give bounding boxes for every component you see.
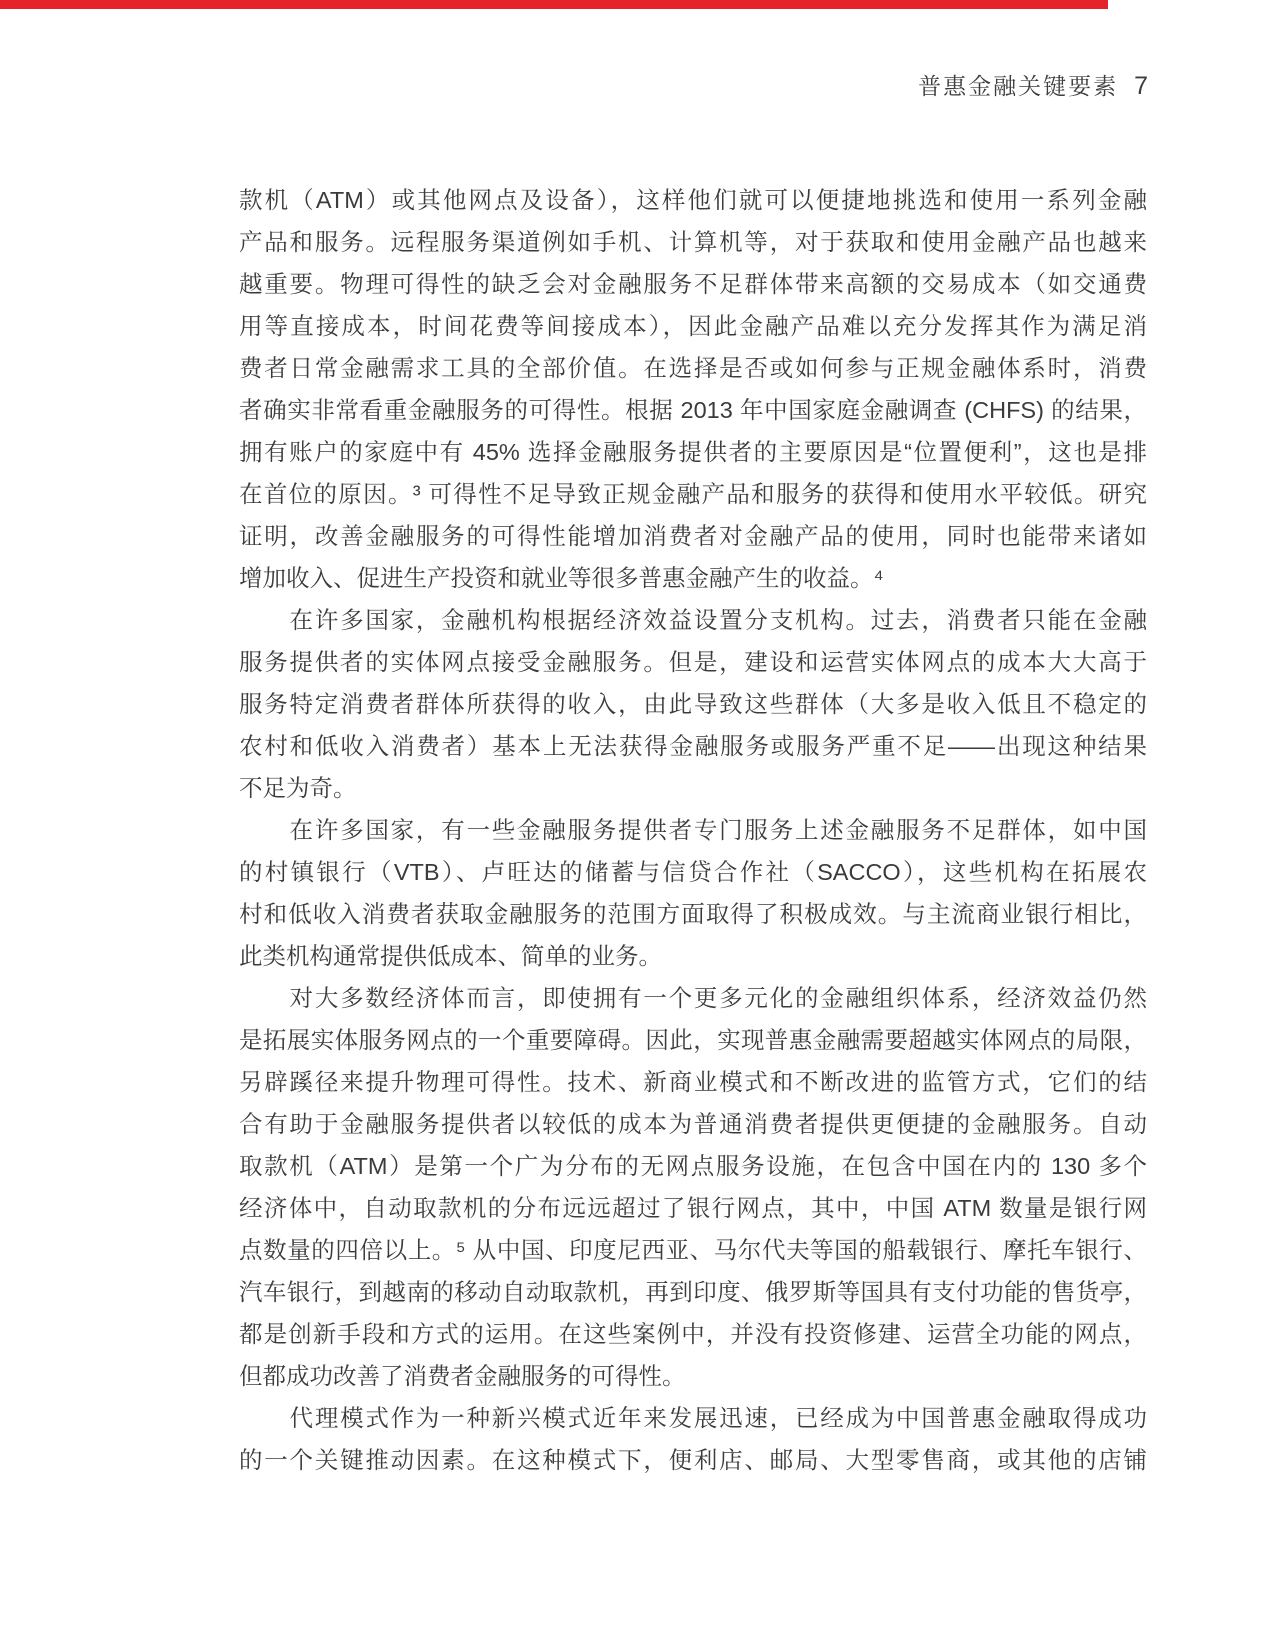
page-header: 普惠金融关键要素7 — [0, 68, 1148, 101]
top-accent-bar — [0, 0, 1108, 9]
text-line: 证明，改善金融服务的可得性能增加消费者对金融产品的使用，同时也能带来诸如 — [239, 515, 1147, 557]
text-line: 产品和服务。远程服务渠道例如手机、计算机等，对于获取和使用金融产品也越来 — [239, 221, 1147, 263]
text-line: 点数量的四倍以上。⁵ 从中国、印度尼西亚、马尔代夫等国的船载银行、摩托车银行、 — [239, 1229, 1147, 1271]
text-line: 在许多国家，有一些金融服务提供者专门服务上述金融服务不足群体，如中国 — [239, 809, 1147, 851]
page-body: 款机（ATM）或其他网点及设备），这样他们就可以便捷地挑选和使用一系列金融 产品… — [239, 179, 1147, 1481]
text-line: 服务特定消费者群体所获得的收入，由此导致这些群体（大多是收入低且不稳定的 — [239, 683, 1147, 725]
text-line: 用等直接成本，时间花费等间接成本），因此金融产品难以充分发挥其作为满足消 — [239, 305, 1147, 347]
text-line: 都是创新手段和方式的运用。在这些案例中，并没有投资修建、运营全功能的网点， — [239, 1313, 1147, 1355]
text-line: 者确实非常看重金融服务的可得性。根据 2013 年中国家庭金融调查 (CHFS)… — [239, 389, 1147, 431]
document-page: { "header": { "running_head": "普惠金融关键要素"… — [0, 0, 1276, 1650]
text-line: 在首位的原因。³ 可得性不足导致正规金融产品和服务的获得和使用水平较低。研究 — [239, 473, 1147, 515]
text-line: 的一个关键推动因素。在这种模式下，便利店、邮局、大型零售商，或其他的店铺 — [239, 1439, 1147, 1481]
text-line: 增加收入、促进生产投资和就业等很多普惠金融产生的收益。⁴ — [239, 557, 1147, 599]
running-head: 普惠金融关键要素 — [918, 73, 1118, 99]
text-line: 在许多国家，金融机构根据经济效益设置分支机构。过去，消费者只能在金融 — [239, 599, 1147, 641]
text-line: 但都成功改善了消费者金融服务的可得性。 — [239, 1355, 1147, 1397]
text-line: 此类机构通常提供低成本、简单的业务。 — [239, 935, 1147, 977]
text-line: 不足为奇。 — [239, 767, 1147, 809]
text-line: 汽车银行，到越南的移动自动取款机，再到印度、俄罗斯等国具有支付功能的售货亭， — [239, 1271, 1147, 1313]
text-line: 经济体中，自动取款机的分布远远超过了银行网点，其中，中国 ATM 数量是银行网 — [239, 1187, 1147, 1229]
text-line: 村和低收入消费者获取金融服务的范围方面取得了积极成效。与主流商业银行相比， — [239, 893, 1147, 935]
text-line: 服务提供者的实体网点接受金融服务。但是，建设和运营实体网点的成本大大高于 — [239, 641, 1147, 683]
text-line: 款机（ATM）或其他网点及设备），这样他们就可以便捷地挑选和使用一系列金融 — [239, 179, 1147, 221]
text-line: 拥有账户的家庭中有 45% 选择金融服务提供者的主要原因是“位置便利”，这也是排 — [239, 431, 1147, 473]
text-line: 另辟蹊径来提升物理可得性。技术、新商业模式和不断改进的监管方式，它们的结 — [239, 1061, 1147, 1103]
text-line: 对大多数经济体而言，即使拥有一个更多元化的金融组织体系，经济效益仍然 — [239, 977, 1147, 1019]
text-line: 是拓展实体服务网点的一个重要障碍。因此，实现普惠金融需要超越实体网点的局限， — [239, 1019, 1147, 1061]
text-line: 费者日常金融需求工具的全部价值。在选择是否或如何参与正规金融体系时，消费 — [239, 347, 1147, 389]
text-line: 合有助于金融服务提供者以较低的成本为普通消费者提供更便捷的金融服务。自动 — [239, 1103, 1147, 1145]
text-line: 农村和低收入消费者）基本上无法获得金融服务或服务严重不足——出现这种结果 — [239, 725, 1147, 767]
text-line: 取款机（ATM）是第一个广为分布的无网点服务设施，在包含中国在内的 130 多个 — [239, 1145, 1147, 1187]
page-number: 7 — [1134, 72, 1148, 100]
text-line: 的村镇银行（VTB）、卢旺达的储蓄与信贷合作社（SACCO），这些机构在拓展农 — [239, 851, 1147, 893]
text-line: 代理模式作为一种新兴模式近年来发展迅速，已经成为中国普惠金融取得成功 — [239, 1397, 1147, 1439]
text-line: 越重要。物理可得性的缺乏会对金融服务不足群体带来高额的交易成本（如交通费 — [239, 263, 1147, 305]
